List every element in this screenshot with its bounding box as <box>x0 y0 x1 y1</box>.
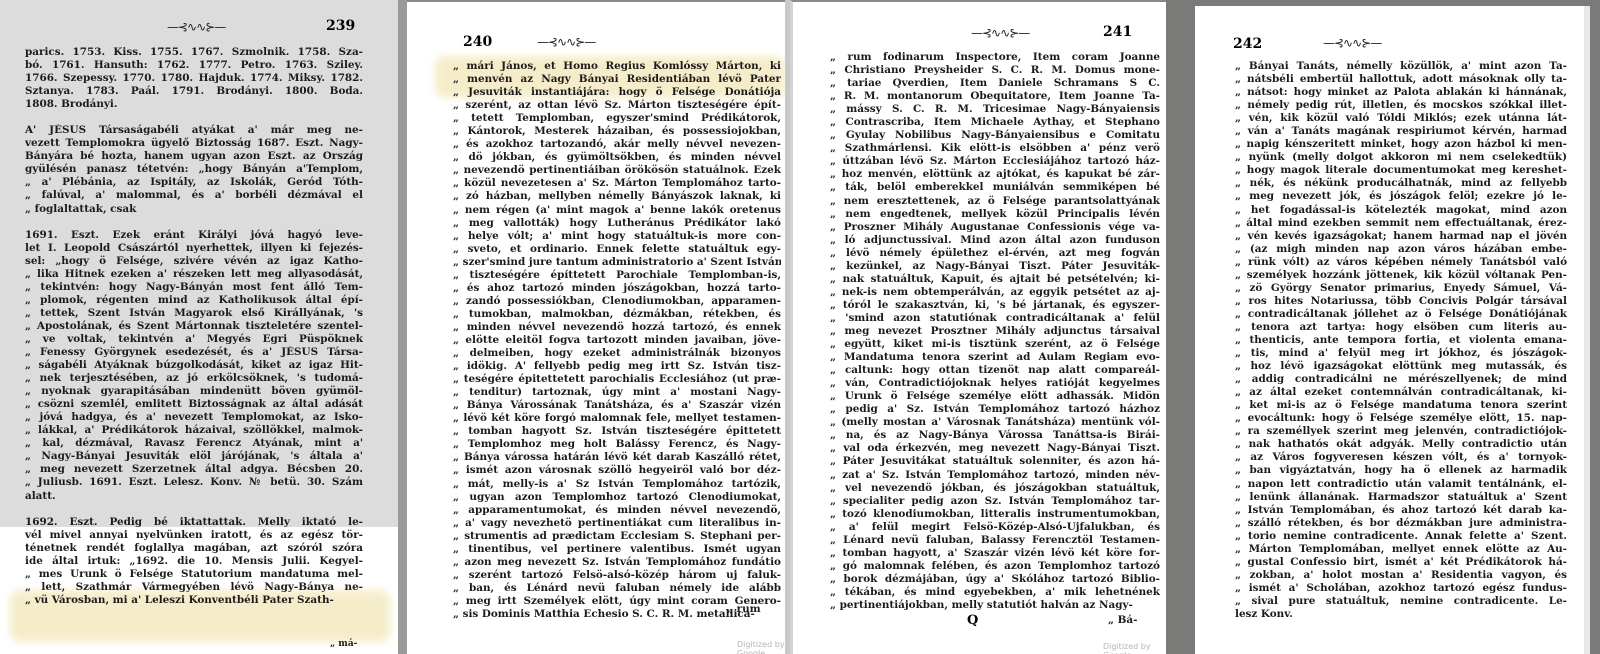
text-line: „ közül nevezetesen a' Sz. Márton Templo… <box>453 177 781 190</box>
paragraph-gap <box>25 216 363 229</box>
text-line: „ Páter Jesuvitákat statuáltuk solennite… <box>830 455 1160 468</box>
text-line: „ szer'smind jure tantum administratorio… <box>453 256 781 269</box>
text-line: „ együtt, kiket mi-is tisztünk szerént, … <box>830 338 1160 351</box>
text-line: „ nem eresztettenek, az ö Felsége parant… <box>830 195 1160 208</box>
page-number: 241 <box>1103 24 1132 40</box>
text-line: „ ban, és Lénárd nevü faluban némely ide… <box>453 582 781 595</box>
text-line: „ zandó possessiókban, Clenodiumokban, a… <box>453 295 781 308</box>
text-line: alatt. <box>25 490 363 503</box>
ornament-icon: —⊰∿∿⊱— <box>537 35 595 49</box>
text-line: „ tóról le szakasztván, ki, 's bé jártan… <box>830 299 1160 312</box>
text-line: „ ra személlyek szerint meg jelenvén, co… <box>1235 425 1567 438</box>
text-line: „ borok dézmájában, úgy a' Skólához tart… <box>830 573 1160 586</box>
catchword: „ má- <box>330 638 357 651</box>
text-line: „ ve voltak, tekintvén a' Megyés Egri Pü… <box>25 333 363 346</box>
digitized-watermark: Digitized by Google <box>1103 642 1166 654</box>
page-edge <box>1584 6 1590 654</box>
text-line: „ na, és az Nagy-Bánya Várossa Tanáttsa-… <box>830 429 1160 442</box>
digitized-watermark: Digitized by Google <box>737 640 785 654</box>
text-line: „ Szathmárlensi. Kik elött-is elsöbben a… <box>830 142 1160 155</box>
text-line: „ tekintvén: hogy Nagy-Bányán most fent … <box>25 281 363 294</box>
text-line: „ meg nevezet Prosztner Mihály adjunctus… <box>830 325 1160 338</box>
ornament-icon: —⊰∿∿⊱— <box>1323 36 1381 50</box>
text-line: „ mári János, et Homo Regius Komlóssy Má… <box>453 60 781 73</box>
page-242-text: „ Bányai Tanáts, némelly közüllök, a' mi… <box>1235 60 1567 621</box>
text-line: „ kezünkel, az Nagy-Bányai Tiszt. Páter … <box>830 260 1160 273</box>
text-line: „ Contrascriba, Item Michaele Aythay, et… <box>830 116 1160 129</box>
text-line: „ vel nevezendö jókban, és jószágokban s… <box>830 482 1160 495</box>
text-line: „ 'smind azon statutiónak contradicáltan… <box>830 312 1160 325</box>
page-241-text: „ rum fodinarum Inspectore, Item coram J… <box>830 51 1160 612</box>
text-line: „ Nagy-Bányai Jesuviták elöl járójának, … <box>25 450 363 463</box>
text-line: „ Gyulay Nobilibus Nagy-Bányaiensibus e … <box>830 129 1160 142</box>
page-240: 240 —⊰∿∿⊱— „ mári János, et Homo Regius … <box>407 0 785 654</box>
text-line: „ foglaltattak, csak <box>25 203 363 216</box>
page-gutter <box>398 0 407 654</box>
text-line: „ tiszteségére építtetett Parochiale Tem… <box>453 269 781 282</box>
text-line: „ (melly mostan a' Városnak Tanátsháza) … <box>830 416 1160 429</box>
text-line: „ vén, kik közül való Tóldi Miklós; ezek… <box>1235 112 1567 125</box>
text-line: „ tenora azt tartya: hogy elsöben cum li… <box>1235 321 1567 334</box>
text-line: „ jóvá hadgya, és a' nevezett Templomoka… <box>25 411 363 424</box>
text-line: „ Bánya várossa határán lévö két darab K… <box>453 451 781 464</box>
text-line: „ rum fodinarum Inspectore, Item coram J… <box>830 51 1160 64</box>
text-line: „ pedig a' Sz. István Templomához tartoz… <box>830 403 1160 416</box>
ornament-icon: —⊰∿∿⊱— <box>971 26 1029 40</box>
text-line: „ tettek, Szent István Magyarok első Kir… <box>25 307 363 320</box>
text-line: „ caltunk: hogy ottan tizenöt nap alatt … <box>830 364 1160 377</box>
text-line: „ napon lett contradictio után valamit t… <box>1235 478 1567 491</box>
page-number: 240 <box>463 34 492 50</box>
text-line: „ által mind ezekben semmit nem effectuá… <box>1235 217 1567 230</box>
page-number: 239 <box>326 18 355 34</box>
text-line: „ pertinentiájokban, melly statutiót hal… <box>830 599 1160 612</box>
text-line: „ és ahoz tartozó minden jószágokban, ho… <box>453 282 781 295</box>
text-line: „ István Templomában, és ahoz tartozó ké… <box>1235 504 1567 517</box>
text-line: „ a' Plébánia, az Ispitály, az Iskolák, … <box>25 176 363 189</box>
text-line: „ mássy S. C. R. M. Tricesimae Nagy-Bány… <box>830 103 1160 116</box>
text-line: „ Christiano Preysheider S. C. R. M. Dom… <box>830 64 1160 77</box>
text-line: „ szerént, az ottan lévö Sz. Márton tisz… <box>453 99 781 112</box>
text-line: „ zó házban, mellyben némelly Bányászok … <box>453 190 781 203</box>
text-line: „ az által ezeket contemnálván contradic… <box>1235 386 1567 399</box>
text-line: „ azon meg nevezett Sz. István Templomáh… <box>453 556 781 569</box>
text-line: „ Urunk ö Felsége személye elött adhassá… <box>830 390 1160 403</box>
text-line: „ nátsbéli embertül hallottuk, adott más… <box>1235 73 1567 86</box>
paragraph-gap <box>25 111 363 124</box>
text-line: „ lika Hitnek ezeken a' részeken lett me… <box>25 268 363 281</box>
text-line: „ ságabéli Atyáknak búzgolkodását, kiket… <box>25 359 363 372</box>
text-line: let I. Leopold Császártól nyerhettek, il… <box>25 242 363 255</box>
text-line: „ teségére épitettetett parochialis Eccl… <box>453 373 781 386</box>
text-line: „ ván a' Tanáts magának respiriumot kérv… <box>1235 125 1567 138</box>
page-239-text: parics. 1753. Kiss. 1755. 1767. Szmolnik… <box>25 46 363 607</box>
text-line: 1766. Szepessy. 1770. 1780. Hajduk. 1774… <box>25 72 363 85</box>
text-line: „ a' felül megirt Felsö-Közép-Alsó-Ujfal… <box>830 521 1160 534</box>
text-line: „ gustal Confessio birt, ismét a' két Pr… <box>1235 556 1567 569</box>
text-line: „ delmeiben, hogy ezeket administrálnák … <box>453 347 781 360</box>
text-line: „ dö jókban, és gyümöltsökben, és minden… <box>453 151 781 164</box>
text-line: „ lákkal, a' Prédikátorok házaival, szöl… <box>25 424 363 437</box>
text-line: „ Bányai Tanáts, némelly közüllök, a' mi… <box>1235 60 1567 73</box>
text-line: „ vén kevés igazságokat; hanem harmad na… <box>1235 230 1567 243</box>
paragraph-gap <box>25 503 363 516</box>
text-line: „ vü Városban, mi a' Leleszi Konventbéli… <box>25 594 363 607</box>
text-line: gyülésén panasz tétetvén: „hogy Bányán a… <box>25 163 363 176</box>
text-line: „ tomban hagyott, a' Szaszár vizén lévö … <box>830 547 1160 560</box>
ornament-icon: —⊰∿∿⊱— <box>167 20 225 34</box>
text-line: „ nem régen (a' mint magok a' benne lakó… <box>453 204 781 217</box>
text-line: „ Apostolának, és Szent Mártonnak tiszte… <box>25 320 363 333</box>
text-line: „ lenünk állanának. Harmadszor statuáltu… <box>1235 491 1567 504</box>
text-line: „ apparamentumokat, és minden névvel nev… <box>453 504 781 517</box>
text-line: A' JÉSUS Társaságabéli atyákat a' már me… <box>25 124 363 137</box>
text-line: „ ismét a' Scholában, azokhoz tartozó eg… <box>1235 582 1567 595</box>
text-line: „ contradicáltanak jóllehet az ö Felsége… <box>1235 308 1567 321</box>
text-line: „ tetett Templomban, egyszer'smind Prédi… <box>453 112 781 125</box>
text-line: „ Kántorok, Mesterek házaiban, és posses… <box>453 125 781 138</box>
text-line: „ Bánya Várossának Tanátsháza, és a' Sza… <box>453 399 781 412</box>
text-line: „ strumentis ad prædictam Ecclesiam S. S… <box>453 530 781 543</box>
text-line: „ ugyan azon Templomhoz tartozó Clenodiu… <box>453 491 781 504</box>
text-line: „ torio nemine contradicente. Annak fele… <box>1235 530 1567 543</box>
text-line: „ nátsot: hogy minket az Palota ablakán … <box>1235 86 1567 99</box>
text-line: „ falúval, a' malommal, és a' borbéli dé… <box>25 189 363 202</box>
text-line: „ Fenessy Györgynek esedezését, és a' JÉ… <box>25 346 363 359</box>
text-line: „ Jesuviták instantiájára: hogy ö Felség… <box>453 86 781 99</box>
text-line: „ az Város fogyveresen készen vólt, és a… <box>1235 451 1567 464</box>
text-line: sel: „hogy ö Felsége, szivére vévén az i… <box>25 255 363 268</box>
text-line: „ Proszner Mihály Augustanae Confessioni… <box>830 221 1160 234</box>
text-line: „ nem engedtenek, mellyek közül Principa… <box>830 208 1160 221</box>
text-line: „ meg nevezett jók, és jószágok felöl; e… <box>1235 190 1567 203</box>
page-number: 242 <box>1233 36 1262 52</box>
page-241: —⊰∿∿⊱— 241 „ rum fodinarum Inspectore, I… <box>790 0 1166 654</box>
text-line: „ a' vagy nevezhetö pertinentiákat cum l… <box>453 517 781 530</box>
text-line: „ meg vallották) hogy Lutheránus Prédiká… <box>453 217 781 230</box>
text-line: 1808. Brodányi. <box>25 98 363 111</box>
text-line: „ tomban hagyott Sz. István tiszteségére… <box>453 425 781 438</box>
text-line: „ sival pure statuáltuk, nemine contradi… <box>1235 595 1567 608</box>
text-line: ide által irtuk: „1692. die 10. Mensis J… <box>25 555 363 568</box>
text-line: „ nék, és nékünk producálhatnák, mind az… <box>1235 177 1567 190</box>
text-line: „ nak hathatós okát adgyák. Melly contra… <box>1235 438 1567 451</box>
text-line: „ nyünk (melly dolgot akkoron mi nem cse… <box>1235 151 1567 164</box>
text-line: „ helye vólt; a' mint hogy statuáltuk-is… <box>453 230 781 243</box>
text-line: „ plomok, régenten mind az Katholikusok … <box>25 294 363 307</box>
page-gutter <box>1166 0 1195 654</box>
text-line: Sztanya. 1783. Paál. 1791. Brodányi. 180… <box>25 85 363 98</box>
text-line: „ nyoknak gyarapitásában mindenütt böven… <box>25 385 363 398</box>
text-line: 1692. Eszt. Pedig bé iktattattak. Melly … <box>25 516 363 529</box>
text-line: ténetnek rendét foglallya magában, azt s… <box>25 542 363 555</box>
text-line: „ úttzában lévö Sz. Márton Ecclesiájához… <box>830 155 1160 168</box>
catchword: „ rum <box>727 603 761 616</box>
text-line: „ specialiter pedig azon Sz. István Temp… <box>830 495 1160 508</box>
text-line: „ Mandatuma tenora szerint ad Aulam Regi… <box>830 351 1160 364</box>
text-line: „ menvén az Nagy Bányai Residentiában lé… <box>453 73 781 86</box>
text-line: „ Lénard nevü faluban, Balassy Ferencztö… <box>830 534 1160 547</box>
catchword: „ Bá- <box>1108 614 1137 627</box>
text-line: vél mivel annyai nyelvünken iratott, és … <box>25 529 363 542</box>
text-line: „ és azokhoz tartozandó, akár melly névv… <box>453 138 781 151</box>
text-line: „ meg nevezett Szerzetnek által adgya. B… <box>25 463 363 476</box>
text-line: bó. 1761. Hansuth: 1762. 1777. Petro. 17… <box>25 59 363 72</box>
text-line: „ ban vigyáztatván, hogy ha ö ellenek az… <box>1235 464 1567 477</box>
text-line: „ val oda érkezvén, meg nevezett Nagy-Bá… <box>830 442 1160 455</box>
text-line: „ tékában, és mind egyebekben, a' mik le… <box>830 586 1160 599</box>
text-line: „ zat a' Sz. István Templomához tartozó,… <box>830 469 1160 482</box>
text-line: „ lett, Szathmár Vármegyében lévö Nagy-B… <box>25 581 363 594</box>
text-line: „ lévö némely épülethez el-érvén, azt me… <box>830 247 1160 260</box>
text-line: „ ták, belöl emberekkel muniálván semmik… <box>830 181 1160 194</box>
page-242: 242 —⊰∿∿⊱— „ Bányai Tanáts, némelly közü… <box>1195 0 1590 654</box>
text-line: „ tumokban, malmokban, dézmákban, rétekb… <box>453 308 781 321</box>
text-line: „ nak statuáltuk, Kapuit, és ajtait bé p… <box>830 273 1160 286</box>
text-line: „ minden névvel nevezendö hozzá tartozó,… <box>453 321 781 334</box>
text-line: „ személyek hozzánk jöttenek, kik közül … <box>1235 269 1567 282</box>
text-line: „ ros hites Notariussa, több Concivis Po… <box>1235 295 1567 308</box>
text-line: vezett Templomokra ügyelő Biztosság 1687… <box>25 137 363 150</box>
text-line: „ elötte eleitöl fogva tartozott minden … <box>453 334 781 347</box>
text-line: „ lévö két köre forgó malomnak fele, mel… <box>453 412 781 425</box>
signature-mark: Q <box>967 613 978 628</box>
text-line: parics. 1753. Kiss. 1755. 1767. Szmolnik… <box>25 46 363 59</box>
page-240-text: „ mári János, et Homo Regius Komlóssy Má… <box>453 60 781 621</box>
text-line: „ tis, mind a' felyül meg irt jókhoz, és… <box>1235 347 1567 360</box>
page-239: —⊰∿∿⊱— 239 parics. 1753. Kiss. 1755. 176… <box>0 0 398 654</box>
text-line: „ Márton Templomában, mellyet ennek elöt… <box>1235 543 1567 556</box>
text-line: „ idökig. A' fellyebb pedig meg irtt Sz.… <box>453 360 781 373</box>
text-line: „ tinentibus, vel pertinere valentibus. … <box>453 543 781 556</box>
text-line: „ gó malomnak felében, és azon Templomho… <box>830 560 1160 573</box>
text-line: „ zokban, a' holot mostan a' Residentia … <box>1235 569 1567 582</box>
text-line: „ evocáltunk: hogy ö Felsége személye el… <box>1235 412 1567 425</box>
text-line: „ kal, dézmával, Ravasz Ferencz Atyának,… <box>25 437 363 450</box>
text-line: „ Juliusb. 1691. Eszt. Lelesz. Konv. № b… <box>25 476 363 489</box>
text-line: „ hogy magok literale documentumokat meg… <box>1235 164 1567 177</box>
text-line: „ Templomhoz meg holt Balássy Ferencz, é… <box>453 438 781 451</box>
text-line: „ tariae Qverdien, Item Daniele Schraman… <box>830 77 1160 90</box>
text-line: „ ló adjunctussival. Mind azon által azo… <box>830 234 1160 247</box>
text-line: „ mes Urunk ö Felsége Statutorium mandat… <box>25 568 363 581</box>
text-line: „ thenticis, ante tempora fortia, et vio… <box>1235 334 1567 347</box>
text-line: „ ket mi-is az ö Felsége mandatuma tenor… <box>1235 399 1567 412</box>
text-line: „ nevezendö pertinentiáiban örökösön sta… <box>453 164 781 177</box>
text-line: „ het fogadással-is kötelezték magokat, … <box>1235 204 1567 217</box>
text-line: „ némely pedig rút, illetlen, és mocskos… <box>1235 99 1567 112</box>
text-line: „ sveto, et ordinario. Ennek felette sta… <box>453 243 781 256</box>
text-line: „ nek terjesztésében, az jó erkölcsöknek… <box>25 372 363 385</box>
text-line: „ addig contradicálni ne mérészellyenek;… <box>1235 373 1567 386</box>
text-line: „ rünk vólt) az város képében némely Tan… <box>1235 256 1567 269</box>
text-line: „ ismét azon városnak szöllö hegyeiröl v… <box>453 464 781 477</box>
text-line: „ szerént tartozó Felsö-alsó-közép három… <box>453 569 781 582</box>
text-line: „ tozó klenodiumokban, litteralis instru… <box>830 508 1160 521</box>
text-line: „ napig kénszeritett minket, hogy azon h… <box>1235 138 1567 151</box>
text-line: „ hoz menvén, elöttünk az ajtókat, és ka… <box>830 168 1160 181</box>
text-line: „ ván, Contradictiójoknak helyes ratiójá… <box>830 377 1160 390</box>
text-line: „ nek-is nem obtemperálván, az eggyik pe… <box>830 286 1160 299</box>
text-line: „ (az migh minden nap azon város házában… <box>1235 243 1567 256</box>
text-line: „ szálló rétekben, és bor dézmákban jure… <box>1235 517 1567 530</box>
text-line: Bányára bé hozta, hanem ugyan azon Eszt.… <box>25 150 363 163</box>
text-line: „ hoz lévö igazságokat elöttünk meg muta… <box>1235 360 1567 373</box>
text-line: „ zö György Senator primarius, Enyedy Sá… <box>1235 282 1567 295</box>
text-line: „ R. M. montanorum Obequitatore, Item Jo… <box>830 90 1160 103</box>
text-line: lesz Konv. <box>1235 608 1567 621</box>
text-line: „ mát, melly-is a' Sz István Templomához… <box>453 478 781 491</box>
text-line: 1691. Eszt. Ezek eránt Királyi jóvá hagy… <box>25 229 363 242</box>
text-line: „ tenditur) tartoznak, úgy mint a' mosta… <box>453 386 781 399</box>
text-line: „ csözni szemlél, emlitett Biztosságnak … <box>25 398 363 411</box>
